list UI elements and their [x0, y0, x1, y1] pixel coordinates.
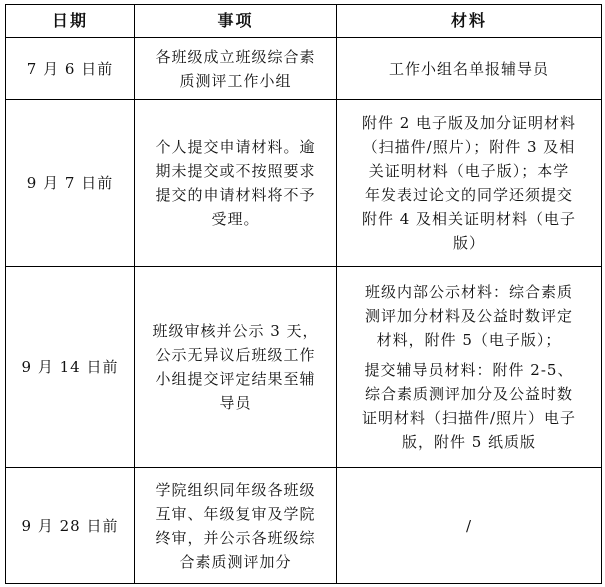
material-line: 工作小组名单报辅导员 [337, 57, 601, 81]
material-line: 班级内部公示材料：综合素质 [337, 280, 601, 304]
material-line: / [337, 514, 601, 538]
item-line: 小组提交评定结果至辅 [135, 367, 336, 391]
header-date: 日期 [6, 5, 135, 38]
item-line: 合素质测评加分 [135, 550, 336, 574]
header-material: 材料 [337, 5, 602, 38]
date-cell: 9 月 28 日前 [6, 468, 135, 584]
item-cell: 学院组织同年级各班级 互审、年级复审及学院 终审，并公示各班级综 合素质测评加分 [135, 468, 337, 584]
material-cell: / [337, 468, 602, 584]
item-line: 提交的申请材料将不予 [135, 183, 336, 207]
material-paragraph: 班级内部公示材料：综合素质 测评加分材料及公益时数评定 材料，附件 5（电子版）… [337, 280, 601, 352]
item-line: 期未提交或不按照要求 [135, 159, 336, 183]
material-line: 附件 2 电子版及加分证明材料 [337, 111, 601, 135]
material-paragraph: 工作小组名单报辅导员 [337, 57, 601, 81]
material-line: （扫描件/照片）；附件 3 及相 [337, 135, 601, 159]
table-row: 7 月 6 日前 各班级成立班级综合素 质测评工作小组 工作小组名单报辅导员 [6, 38, 602, 100]
material-line: 版） [337, 231, 601, 255]
schedule-table: 日期 事项 材料 7 月 6 日前 各班级成立班级综合素 质测评工作小组 工作小… [5, 4, 602, 584]
item-line: 个人提交申请材料。逾 [135, 135, 336, 159]
material-line: 综合素质测评加分及公益时数 [337, 382, 601, 406]
item-line: 受理。 [135, 207, 336, 231]
material-cell: 附件 2 电子版及加分证明材料 （扫描件/照片）；附件 3 及相 关证明材料（电… [337, 100, 602, 267]
material-line: 关证明材料（电子版）；本学 [337, 159, 601, 183]
item-line: 质测评工作小组 [135, 69, 336, 93]
item-line: 班级审核并公示 3 天， [135, 319, 336, 343]
material-line: 附件 4 及相关证明材料（电子 [337, 207, 601, 231]
material-line: 材料，附件 5（电子版）； [337, 328, 601, 352]
material-line: 测评加分材料及公益时数评定 [337, 304, 601, 328]
header-row: 日期 事项 材料 [6, 5, 602, 38]
item-line: 终审，并公示各班级综 [135, 526, 336, 550]
material-line: 年发表过论文的同学还须提交 [337, 183, 601, 207]
material-cell: 工作小组名单报辅导员 [337, 38, 602, 100]
material-cell: 班级内部公示材料：综合素质 测评加分材料及公益时数评定 材料，附件 5（电子版）… [337, 267, 602, 468]
date-cell: 9 月 7 日前 [6, 100, 135, 267]
item-line: 公示无异议后班级工作 [135, 343, 336, 367]
item-cell: 班级审核并公示 3 天， 公示无异议后班级工作 小组提交评定结果至辅 导员 [135, 267, 337, 468]
item-line: 导员 [135, 391, 336, 415]
table-row: 9 月 7 日前 个人提交申请材料。逾 期未提交或不按照要求 提交的申请材料将不… [6, 100, 602, 267]
material-line: 证明材料（扫描件/照片）电子 [337, 406, 601, 430]
material-paragraph: / [337, 514, 601, 538]
item-cell: 各班级成立班级综合素 质测评工作小组 [135, 38, 337, 100]
header-item: 事项 [135, 5, 337, 38]
date-cell: 9 月 14 日前 [6, 267, 135, 468]
material-paragraph: 附件 2 电子版及加分证明材料 （扫描件/照片）；附件 3 及相 关证明材料（电… [337, 111, 601, 255]
item-line: 互审、年级复审及学院 [135, 502, 336, 526]
table-row: 9 月 28 日前 学院组织同年级各班级 互审、年级复审及学院 终审，并公示各班… [6, 468, 602, 584]
material-line: 提交辅导员材料：附件 2-5、 [337, 358, 601, 382]
item-line: 各班级成立班级综合素 [135, 45, 336, 69]
table-row: 9 月 14 日前 班级审核并公示 3 天， 公示无异议后班级工作 小组提交评定… [6, 267, 602, 468]
item-line: 学院组织同年级各班级 [135, 478, 336, 502]
item-cell: 个人提交申请材料。逾 期未提交或不按照要求 提交的申请材料将不予 受理。 [135, 100, 337, 267]
material-paragraph: 提交辅导员材料：附件 2-5、 综合素质测评加分及公益时数 证明材料（扫描件/照… [337, 358, 601, 454]
material-line: 版，附件 5 纸质版 [337, 430, 601, 454]
date-cell: 7 月 6 日前 [6, 38, 135, 100]
